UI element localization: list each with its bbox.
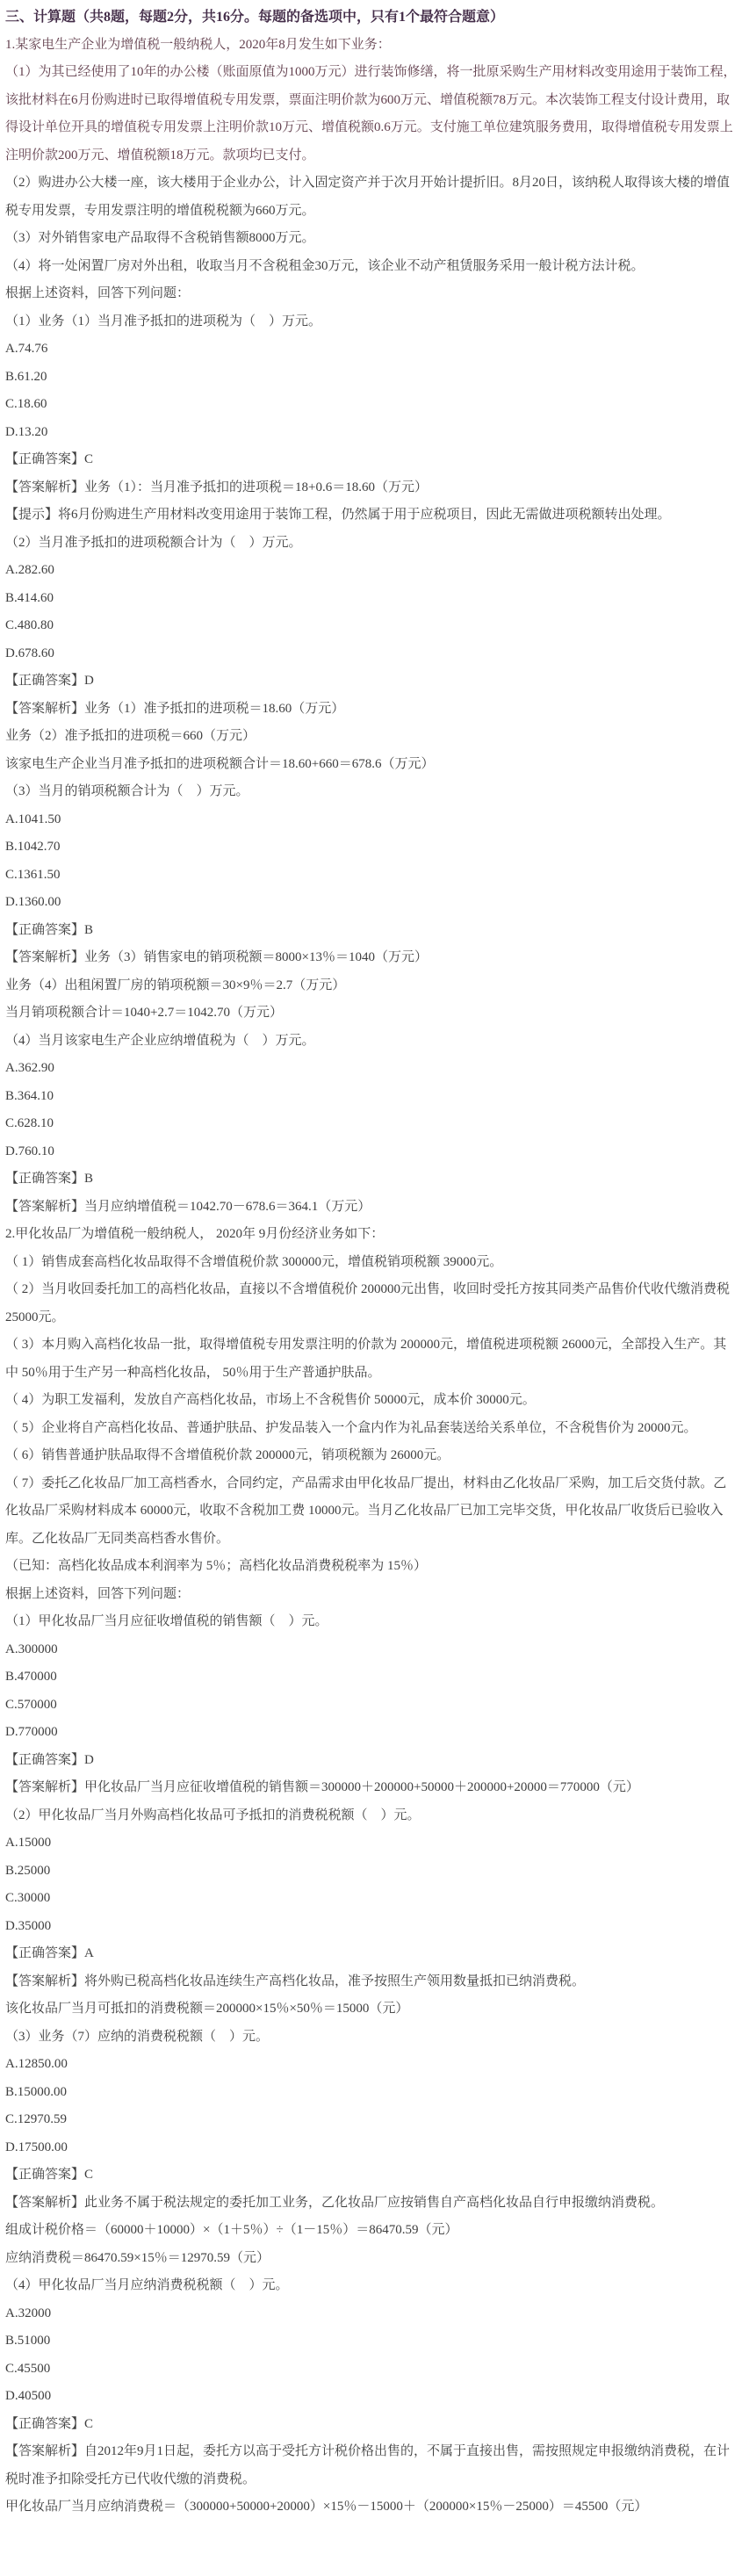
- correct-answer-line: 【正确答案】C: [5, 2411, 737, 2439]
- question-item-text: （已知：高档化妆品成本利润率为 5％；高档化妆品消费税税率为 15％）: [5, 1559, 427, 1573]
- correct-answer-label: 【正确答案】: [5, 1946, 84, 1960]
- answer-option: A.12850.00: [5, 2051, 737, 2079]
- correct-answer-value: C: [84, 2168, 93, 2182]
- analysis-line: 该化妆品厂当月可抵扣的消费税额＝200000×15％×50％＝15000（元）: [5, 1995, 737, 2024]
- exam-document: 三、计算题（共8题，每题2分，共16分。每题的备选项中，只有1个最符合题意） 1…: [0, 0, 742, 2537]
- answer-option-text: A.282.60: [5, 563, 54, 577]
- answer-option: D.1360.00: [5, 889, 737, 917]
- question-stem: 2.甲化妆品厂为增值税一般纳税人， 2020年 9月份经济业务如下：: [5, 1221, 737, 1249]
- sub-question-prompt: （4）甲化妆品厂当月应纳消费税税额（ ）元。: [5, 2272, 737, 2300]
- analysis-text: 业务（1）准予抵扣的进项税＝18.60（万元）: [84, 702, 344, 716]
- question-list: 1.某家电生产企业为增值税一般纳税人，2020年8月发生如下业务：（1）为其已经…: [5, 32, 737, 2522]
- question-item-text: （ 4）为职工发福利，发放自产高档化妆品，市场上不含税售价 50000元，成本价…: [5, 1393, 536, 1407]
- answer-option-text: A.12850.00: [5, 2057, 68, 2071]
- correct-answer-label: 【正确答案】: [5, 674, 84, 688]
- analysis-text: 甲化妆品厂当月应纳消费税＝（300000+50000+20000）×15％－15…: [5, 2500, 647, 2514]
- sub-question-prompt-text: （1）业务（1）当月准予抵扣的进项税为（ ）万元。: [5, 314, 321, 328]
- answer-option-text: A.1041.50: [5, 812, 61, 826]
- answer-option: A.74.76: [5, 336, 737, 364]
- analysis-line: 甲化妆品厂当月应纳消费税＝（300000+50000+20000）×15％－15…: [5, 2493, 737, 2522]
- analysis-text: 甲化妆品厂当月应征收增值税的销售额＝300000＋200000+50000＋20…: [84, 1780, 639, 1794]
- answer-option-text: C.570000: [5, 1698, 57, 1712]
- sub-question-prompt: （1）业务（1）当月准予抵扣的进项税为（ ）万元。: [5, 308, 737, 336]
- correct-answer-line: 【正确答案】D: [5, 1747, 737, 1775]
- analysis-text: 自2012年9月1日起，委托方以高于受托方计税价格出售的，不属于直接出售，需按照…: [5, 2444, 730, 2486]
- question-item-text: （ 6）销售普通护肤品取得不含增值税价款 200000元，销项税额为 26000…: [5, 1448, 450, 1462]
- analysis-text: 业务（3）销售家电的销项税额＝8000×13％＝1040（万元）: [84, 950, 428, 964]
- answer-option: B.364.10: [5, 1083, 737, 1111]
- analysis-line: 【答案解析】自2012年9月1日起，委托方以高于受托方计税价格出售的，不属于直接…: [5, 2438, 737, 2493]
- question-item-text: 根据上述资料，回答下列问题：: [5, 286, 190, 300]
- answer-option: A.15000: [5, 1829, 737, 1858]
- sub-question-prompt-text: （2）甲化妆品厂当月外购高档化妆品可予抵扣的消费税税额（ ）元。: [5, 1808, 421, 1822]
- answer-option-text: C.18.60: [5, 397, 47, 411]
- answer-option: C.45500: [5, 2356, 737, 2384]
- analysis-line: 组成计税价格＝（60000＋10000）×（1＋5％）÷（1－15％）＝8647…: [5, 2217, 737, 2245]
- answer-option: A.32000: [5, 2300, 737, 2328]
- answer-option-text: A.74.76: [5, 342, 47, 356]
- question-item: （ 7）委托乙化妆品厂加工高档香水，合同约定，产品需求由甲化妆品厂提出，材料由乙…: [5, 1470, 737, 1554]
- analysis-line: 【答案解析】业务（3）销售家电的销项税额＝8000×13％＝1040（万元）: [5, 944, 737, 972]
- analysis-label: 【答案解析】: [5, 950, 84, 964]
- analysis-line: 该家电生产企业当月准予抵扣的进项税额合计＝18.60+660＝678.6（万元）: [5, 751, 737, 779]
- answer-option: B.51000: [5, 2327, 737, 2356]
- answer-option-text: C.1361.50: [5, 868, 61, 882]
- answer-option: C.480.80: [5, 612, 737, 640]
- correct-answer-line: 【正确答案】C: [5, 2161, 737, 2190]
- question-item: （4）将一处闲置厂房对外出租，收取当月不含税租金30万元，该企业不动产租赁服务采…: [5, 253, 737, 281]
- answer-option-text: B.470000: [5, 1670, 57, 1684]
- question-item: 根据上述资料，回答下列问题：: [5, 280, 737, 308]
- question-item-text: （4）将一处闲置厂房对外出租，收取当月不含税租金30万元，该企业不动产租赁服务采…: [5, 259, 645, 273]
- answer-option: B.470000: [5, 1663, 737, 1692]
- answer-option-text: D.770000: [5, 1725, 58, 1739]
- answer-option-text: D.35000: [5, 1919, 51, 1933]
- answer-option-text: D.1360.00: [5, 895, 61, 909]
- sub-question-prompt-text: （4）甲化妆品厂当月应纳消费税税额（ ）元。: [5, 2278, 289, 2292]
- analysis-line: 【答案解析】将外购已税高档化妆品连续生产高档化妆品，准予按照生产领用数量抵扣已纳…: [5, 1968, 737, 1996]
- sub-question-prompt: （2）甲化妆品厂当月外购高档化妆品可予抵扣的消费税税额（ ）元。: [5, 1802, 737, 1830]
- question-item: （2）购进办公大楼一座，该大楼用于企业办公，计入固定资产并于次月开始计提折旧。8…: [5, 170, 737, 225]
- question-item-text: （ 1）销售成套高档化妆品取得不含增值税价款 300000元，增值税销项税额 3…: [5, 1255, 502, 1269]
- answer-option-text: D.678.60: [5, 646, 54, 660]
- sub-question-prompt: （2）当月准予抵扣的进项税额合计为（ ）万元。: [5, 530, 737, 558]
- answer-option: C.1361.50: [5, 862, 737, 890]
- question-2: 2.甲化妆品厂为增值税一般纳税人， 2020年 9月份经济业务如下：（ 1）销售…: [5, 1221, 737, 2522]
- question-stem-text: 1.某家电生产企业为增值税一般纳税人，2020年8月发生如下业务：: [5, 38, 391, 52]
- analysis-label: 【答案解析】: [5, 2444, 84, 2458]
- analysis-text: 该家电生产企业当月准予抵扣的进项税额合计＝18.60+660＝678.6（万元）: [5, 757, 434, 771]
- correct-answer-value: B: [84, 923, 93, 937]
- question-item-text: 根据上述资料，回答下列问题：: [5, 1587, 190, 1601]
- question-item: （ 3）本月购入高档化妆品一批，取得增值税专用发票注明的价款为 200000元，…: [5, 1331, 737, 1387]
- answer-option: D.40500: [5, 2383, 737, 2411]
- analysis-text: 将外购已税高档化妆品连续生产高档化妆品，准予按照生产领用数量抵扣已纳消费税。: [84, 1974, 585, 1988]
- answer-option: B.25000: [5, 1858, 737, 1886]
- hint-text: 将6月份购进生产用材料改变用途用于装饰工程，仍然属于用于应税项目，因此无需做进项…: [58, 508, 671, 522]
- hint-label: 【提示】: [5, 508, 58, 522]
- question-item: （ 4）为职工发福利，发放自产高档化妆品，市场上不含税售价 50000元，成本价…: [5, 1387, 737, 1415]
- answer-option-text: A.32000: [5, 2306, 51, 2320]
- question-1: 1.某家电生产企业为增值税一般纳税人，2020年8月发生如下业务：（1）为其已经…: [5, 32, 737, 1222]
- correct-answer-label: 【正确答案】: [5, 1753, 84, 1767]
- analysis-text: 当月销项税额合计＝1040+2.7＝1042.70（万元）: [5, 1006, 283, 1020]
- analysis-label: 【答案解析】: [5, 1200, 84, 1214]
- answer-option: C.628.10: [5, 1110, 737, 1138]
- correct-answer-value: C: [84, 2417, 93, 2431]
- question-item: （3）对外销售家电产品取得不含税销售额8000万元。: [5, 225, 737, 253]
- answer-option: C.18.60: [5, 391, 737, 419]
- question-item-text: （ 2）当月收回委托加工的高档化妆品，直接以不含增值税价 200000元出售，收…: [5, 1282, 730, 1324]
- section-title: 三、计算题（共8题，每题2分，共16分。每题的备选项中，只有1个最符合题意）: [5, 4, 737, 32]
- sub-question-prompt-text: （4）当月该家电生产企业应纳增值税为（ ）万元。: [5, 1034, 315, 1048]
- answer-option-text: B.61.20: [5, 370, 47, 384]
- answer-option-text: C.12970.59: [5, 2112, 67, 2126]
- answer-option-text: A.15000: [5, 1836, 51, 1850]
- question-item-text: （2）购进办公大楼一座，该大楼用于企业办公，计入固定资产并于次月开始计提折旧。8…: [5, 176, 730, 218]
- sub-question-prompt-text: （3）当月的销项税额合计为（ ）万元。: [5, 784, 249, 798]
- correct-answer-line: 【正确答案】D: [5, 667, 737, 696]
- question-item: （ 5）企业将自产高档化妆品、普通护肤品、护发品装入一个盒内作为礼品套装送给关系…: [5, 1415, 737, 1443]
- correct-answer-label: 【正确答案】: [5, 1172, 84, 1186]
- answer-option: A.1041.50: [5, 806, 737, 834]
- question-stem-text: 2.甲化妆品厂为增值税一般纳税人， 2020年 9月份经济业务如下：: [5, 1227, 384, 1241]
- analysis-text: 应纳消费税＝86470.59×15％＝12970.59（元）: [5, 2251, 270, 2265]
- question-item-text: （ 5）企业将自产高档化妆品、普通护肤品、护发品装入一个盒内作为礼品套装送给关系…: [5, 1421, 697, 1435]
- question-item: （已知：高档化妆品成本利润率为 5％；高档化妆品消费税税率为 15％）: [5, 1553, 737, 1581]
- answer-option-text: B.51000: [5, 2334, 50, 2348]
- sub-question-prompt: （4）当月该家电生产企业应纳增值税为（ ）万元。: [5, 1028, 737, 1056]
- answer-option: B.15000.00: [5, 2079, 737, 2107]
- answer-option: C.12970.59: [5, 2106, 737, 2134]
- analysis-line: 【答案解析】当月应纳增值税＝1042.70－678.6＝364.1（万元）: [5, 1194, 737, 1222]
- correct-answer-label: 【正确答案】: [5, 923, 84, 937]
- answer-option-text: D.13.20: [5, 425, 47, 439]
- correct-answer-value: B: [84, 1172, 93, 1186]
- sub-question-prompt-text: （3）业务（7）应纳的消费税税额（ ）元。: [5, 2030, 269, 2044]
- sub-question-prompt: （1）甲化妆品厂当月应征收增值税的销售额（ ）元。: [5, 1608, 737, 1636]
- answer-option-text: B.25000: [5, 1864, 50, 1878]
- analysis-label: 【答案解析】: [5, 1974, 84, 1988]
- analysis-line: 业务（4）出租闲置厂房的销项税额＝30×9％＝2.7（万元）: [5, 972, 737, 1000]
- answer-option: A.300000: [5, 1636, 737, 1664]
- answer-option: D.678.60: [5, 640, 737, 668]
- answer-option-text: D.760.10: [5, 1144, 54, 1158]
- analysis-line: 【答案解析】业务（1）准予抵扣的进项税＝18.60（万元）: [5, 696, 737, 724]
- question-stem: 1.某家电生产企业为增值税一般纳税人，2020年8月发生如下业务：: [5, 32, 737, 60]
- correct-answer-label: 【正确答案】: [5, 452, 84, 466]
- correct-answer-value: A: [84, 1946, 94, 1960]
- question-item: （ 1）销售成套高档化妆品取得不含增值税价款 300000元，增值税销项税额 3…: [5, 1249, 737, 1277]
- answer-option: A.282.60: [5, 557, 737, 585]
- sub-question-prompt: （3）业务（7）应纳的消费税税额（ ）元。: [5, 2024, 737, 2052]
- sub-question-prompt-text: （1）甲化妆品厂当月应征收增值税的销售额（ ）元。: [5, 1614, 328, 1628]
- analysis-text: 此业务不属于税法规定的委托加工业务，乙化妆品厂应按销售自产高档化妆品自行申报缴纳…: [84, 2196, 664, 2210]
- analysis-line: 应纳消费税＝86470.59×15％＝12970.59（元）: [5, 2245, 737, 2273]
- correct-answer-line: 【正确答案】B: [5, 1165, 737, 1194]
- answer-option-text: D.17500.00: [5, 2140, 68, 2154]
- answer-option: D.17500.00: [5, 2134, 737, 2162]
- correct-answer-label: 【正确答案】: [5, 2417, 84, 2431]
- analysis-line: 【答案解析】甲化妆品厂当月应征收增值税的销售额＝300000＋200000+50…: [5, 1774, 737, 1802]
- analysis-text: 该化妆品厂当月可抵扣的消费税额＝200000×15％×50％＝15000（元）: [5, 2002, 408, 2016]
- answer-option-text: B.414.60: [5, 591, 54, 605]
- analysis-text: 组成计税价格＝（60000＋10000）×（1＋5％）÷（1－15％）＝8647…: [5, 2223, 457, 2237]
- answer-option-text: C.30000: [5, 1891, 50, 1905]
- correct-answer-value: C: [84, 452, 93, 466]
- correct-answer-line: 【正确答案】B: [5, 917, 737, 945]
- analysis-label: 【答案解析】: [5, 1780, 84, 1794]
- answer-option-text: D.40500: [5, 2389, 51, 2403]
- analysis-line: 当月销项税额合计＝1040+2.7＝1042.70（万元）: [5, 999, 737, 1028]
- answer-option-text: A.300000: [5, 1642, 58, 1656]
- answer-option-text: A.362.90: [5, 1061, 54, 1075]
- sub-question-prompt-text: （2）当月准予抵扣的进项税额合计为（ ）万元。: [5, 536, 302, 550]
- analysis-text: 当月应纳增值税＝1042.70－678.6＝364.1（万元）: [84, 1200, 371, 1214]
- answer-option: D.760.10: [5, 1138, 737, 1166]
- correct-answer-line: 【正确答案】A: [5, 1940, 737, 1968]
- question-item-text: （ 3）本月购入高档化妆品一批，取得增值税专用发票注明的价款为 200000元，…: [5, 1338, 726, 1380]
- analysis-text: 业务（1）：当月准予抵扣的进项税＝18+0.6＝18.60（万元）: [84, 480, 428, 494]
- analysis-label: 【答案解析】: [5, 702, 84, 716]
- answer-option-text: C.45500: [5, 2362, 50, 2376]
- question-item-text: （1）为其已经使用了10年的办公楼（账面原值为1000万元）进行装饰修缮，将一批…: [5, 65, 737, 162]
- answer-option: B.414.60: [5, 585, 737, 613]
- correct-answer-value: D: [84, 674, 94, 688]
- correct-answer-line: 【正确答案】C: [5, 446, 737, 474]
- hint-line: 【提示】将6月份购进生产用材料改变用途用于装饰工程，仍然属于用于应税项目，因此无…: [5, 501, 737, 530]
- answer-option: D.770000: [5, 1719, 737, 1747]
- answer-option: B.61.20: [5, 364, 737, 392]
- answer-option: D.35000: [5, 1913, 737, 1941]
- analysis-line: 【答案解析】业务（1）：当月准予抵扣的进项税＝18+0.6＝18.60（万元）: [5, 474, 737, 502]
- correct-answer-value: D: [84, 1753, 94, 1767]
- answer-option-text: B.15000.00: [5, 2085, 67, 2099]
- answer-option-text: B.364.10: [5, 1089, 54, 1103]
- question-item-text: （ 7）委托乙化妆品厂加工高档香水，合同约定，产品需求由甲化妆品厂提出，材料由乙…: [5, 1476, 726, 1546]
- answer-option-text: C.480.80: [5, 618, 54, 632]
- question-item: （1）为其已经使用了10年的办公楼（账面原值为1000万元）进行装饰修缮，将一批…: [5, 59, 737, 170]
- analysis-line: 【答案解析】此业务不属于税法规定的委托加工业务，乙化妆品厂应按销售自产高档化妆品…: [5, 2190, 737, 2218]
- analysis-text: 业务（4）出租闲置厂房的销项税额＝30×9％＝2.7（万元）: [5, 978, 345, 992]
- answer-option-text: B.1042.70: [5, 840, 61, 854]
- answer-option: C.570000: [5, 1692, 737, 1720]
- answer-option-text: C.628.10: [5, 1116, 54, 1130]
- answer-option: A.362.90: [5, 1055, 737, 1083]
- correct-answer-label: 【正确答案】: [5, 2168, 84, 2182]
- answer-option: B.1042.70: [5, 833, 737, 862]
- analysis-label: 【答案解析】: [5, 480, 84, 494]
- question-item-text: （3）对外销售家电产品取得不含税销售额8000万元。: [5, 231, 315, 245]
- answer-option: D.13.20: [5, 419, 737, 447]
- analysis-text: 业务（2）准予抵扣的进项税＝660（万元）: [5, 729, 256, 743]
- analysis-label: 【答案解析】: [5, 2196, 84, 2210]
- answer-option: C.30000: [5, 1885, 737, 1913]
- question-item: 根据上述资料，回答下列问题：: [5, 1581, 737, 1609]
- question-item: （ 2）当月收回委托加工的高档化妆品，直接以不含增值税价 200000元出售，收…: [5, 1276, 737, 1331]
- sub-question-prompt: （3）当月的销项税额合计为（ ）万元。: [5, 778, 737, 806]
- analysis-line: 业务（2）准予抵扣的进项税＝660（万元）: [5, 723, 737, 751]
- question-item: （ 6）销售普通护肤品取得不含增值税价款 200000元，销项税额为 26000…: [5, 1442, 737, 1470]
